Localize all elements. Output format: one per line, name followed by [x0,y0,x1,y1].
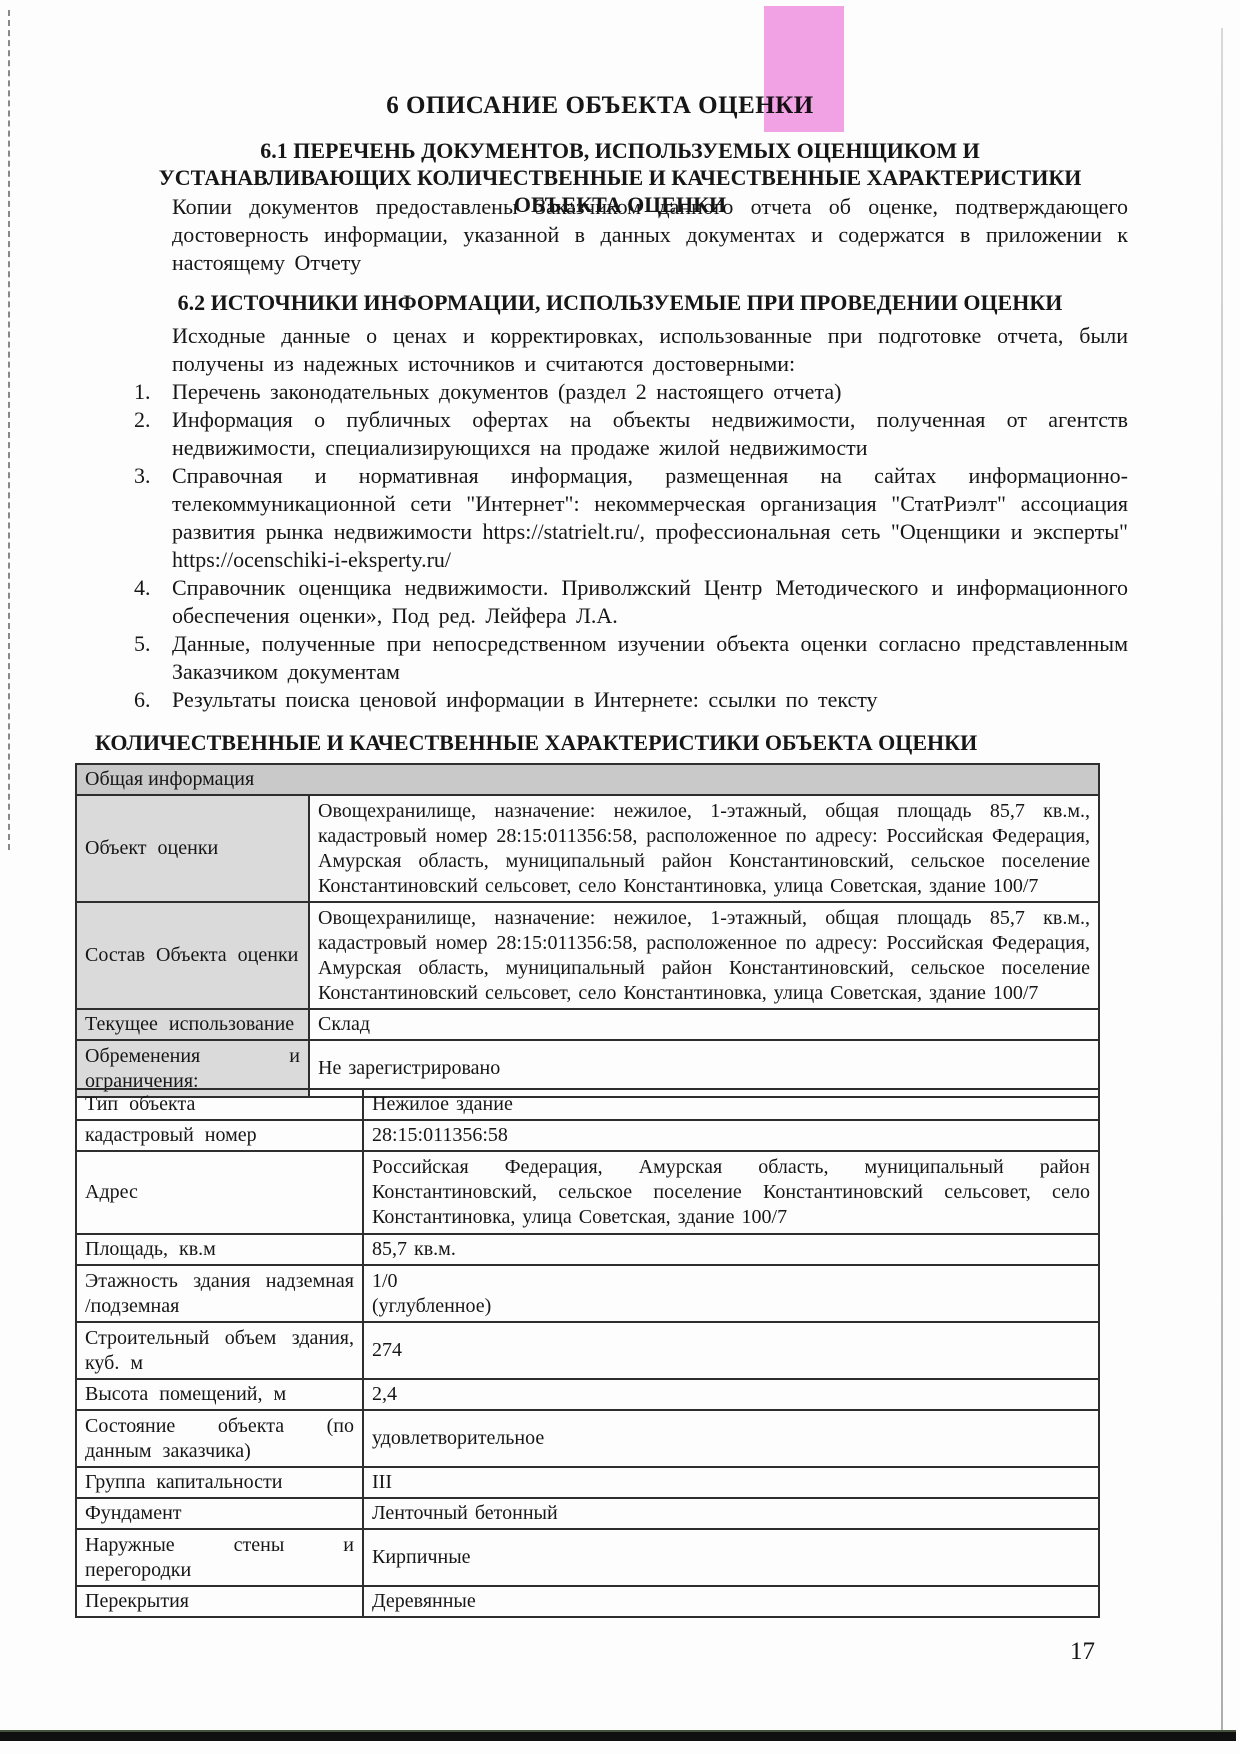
document-page: 6 ОПИСАНИЕ ОБЪЕКТА ОЦЕНКИ 6.1 ПЕРЕЧЕНЬ Д… [0,0,1240,1754]
row-label: Этажность здания надземная /подземная [76,1265,363,1322]
list-item: 5. Данные, полученные при непосредственн… [132,630,1128,686]
row-value: 85,7 кв.м. [363,1234,1099,1265]
bottom-scan-bar [0,1730,1236,1741]
table-row: Тип объекта Нежилое здание [76,1089,1099,1120]
table-row: Текущее использование Склад [76,1009,1099,1040]
list-item: 3. Справочная и нормативная информация, … [132,462,1128,574]
page-number: 17 [1070,1638,1095,1666]
row-label: Объект оценки [76,795,309,902]
row-value: Нежилое здание [363,1089,1099,1120]
list-item-text: Справочная и нормативная информация, раз… [172,463,1128,572]
details-table: Тип объекта Нежилое здание кадастровый н… [75,1088,1100,1618]
row-value: III [363,1467,1099,1498]
table-row: Этажность здания надземная /подземная 1/… [76,1265,1099,1322]
row-value: Овощехранилище, назначение: нежилое, 1-э… [309,795,1099,902]
row-value: 274 [363,1322,1099,1379]
table-row: Площадь, кв.м 85,7 кв.м. [76,1234,1099,1265]
row-label: Строительный объем здания, куб. м [76,1322,363,1379]
row-value: Кирпичные [363,1529,1099,1586]
list-item: 1. Перечень законодательных документов (… [132,378,1128,406]
row-label: Высота помещений, м [76,1379,363,1410]
row-value: 2,4 [363,1379,1099,1410]
section-6-1-paragraph: Копии документов предоставлены Заказчико… [172,193,1128,277]
row-label: Текущее использование [76,1009,309,1040]
list-item: 2. Информация о публичных офертах на объ… [132,406,1128,462]
general-info-table: Общая информация Объект оценки Овощехран… [75,763,1100,1098]
left-edge-scan-mark [8,10,10,850]
table-row: Объект оценки Овощехранилище, назначение… [76,795,1099,902]
characteristics-heading: КОЛИЧЕСТВЕННЫЕ И КАЧЕСТВЕННЫЕ ХАРАКТЕРИС… [95,729,1195,756]
list-item-text: Перечень законодательных документов (раз… [172,379,841,404]
list-item-text: Информация о публичных офертах на объект… [172,407,1128,460]
table-header-cell: Общая информация [76,764,1099,795]
table-row: Высота помещений, м 2,4 [76,1379,1099,1410]
table-row: Адрес Российская Федерация, Амурская обл… [76,1151,1099,1234]
row-label: Наружные стены и перегородки [76,1529,363,1586]
table-row: Наружные стены и перегородки Кирпичные [76,1529,1099,1586]
table-row: Состав Объекта оценки Овощехранилище, на… [76,902,1099,1009]
row-label: Площадь, кв.м [76,1234,363,1265]
row-label: Тип объекта [76,1089,363,1120]
row-label: Фундамент [76,1498,363,1529]
section-6-2-intro: Исходные данные о ценах и корректировках… [172,322,1128,378]
row-label: Состояние объекта (по данным заказчика) [76,1410,363,1467]
row-value: 28:15:011356:58 [363,1120,1099,1151]
row-value: Склад [309,1009,1099,1040]
list-item-number: 5. [134,630,151,658]
table-header-row: Общая информация [76,764,1099,795]
table-row: Строительный объем здания, куб. м 274 [76,1322,1099,1379]
row-value: Ленточный бетонный [363,1498,1099,1529]
row-value: Овощехранилище, назначение: нежилое, 1-э… [309,902,1099,1009]
row-label: кадастровый номер [76,1120,363,1151]
list-item-text: Справочник оценщика недвижимости. Привол… [172,575,1128,628]
list-item-number: 4. [134,574,151,602]
row-value: 1/0 (углубленное) [363,1265,1099,1322]
row-label: Перекрытия [76,1586,363,1617]
page-title: 6 ОПИСАНИЕ ОБЪЕКТА ОЦЕНКИ [80,90,1120,122]
row-value: Российская Федерация, Амурская область, … [363,1151,1099,1234]
table-row: Перекрытия Деревянные [76,1586,1099,1617]
list-item: 4. Справочник оценщика недвижимости. При… [132,574,1128,630]
list-item-text: Данные, полученные при непосредственном … [172,631,1128,684]
table-row: Группа капитальности III [76,1467,1099,1498]
table-row: Фундамент Ленточный бетонный [76,1498,1099,1529]
list-item-text: Результаты поиска ценовой информации в И… [172,687,878,712]
row-label: Адрес [76,1151,363,1234]
row-label: Состав Объекта оценки [76,902,309,1009]
section-6-2-heading: 6.2 ИСТОЧНИКИ ИНФОРМАЦИИ, ИСПОЛЬЗУЕМЫЕ П… [140,289,1100,316]
list-item-number: 1. [134,378,151,406]
table-row: кадастровый номер 28:15:011356:58 [76,1120,1099,1151]
list-item-number: 3. [134,462,151,490]
sources-list: 1. Перечень законодательных документов (… [132,378,1128,714]
row-label: Группа капитальности [76,1467,363,1498]
list-item-number: 2. [134,406,151,434]
table-row: Состояние объекта (по данным заказчика) … [76,1410,1099,1467]
list-item-number: 6. [134,686,151,714]
row-value: удовлетворительное [363,1410,1099,1467]
row-value: Деревянные [363,1586,1099,1617]
pink-highlighter-mark [764,6,844,132]
page-edge-line [1221,28,1223,1740]
list-item: 6. Результаты поиска ценовой информации … [132,686,1128,714]
